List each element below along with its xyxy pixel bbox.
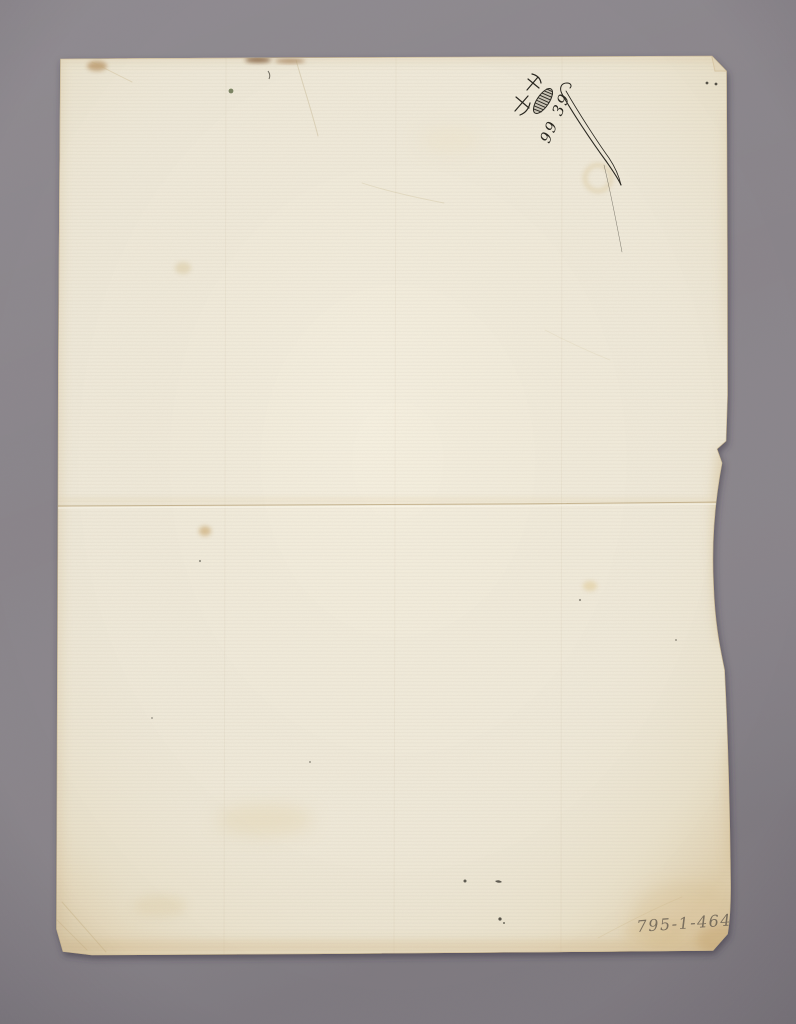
- document-photo-canvas: 99 39 795-1-4646: [0, 0, 796, 1024]
- archival-document-photo: 99 39 795-1-4646: [0, 0, 796, 1024]
- film-grain-overlay: [0, 0, 796, 1024]
